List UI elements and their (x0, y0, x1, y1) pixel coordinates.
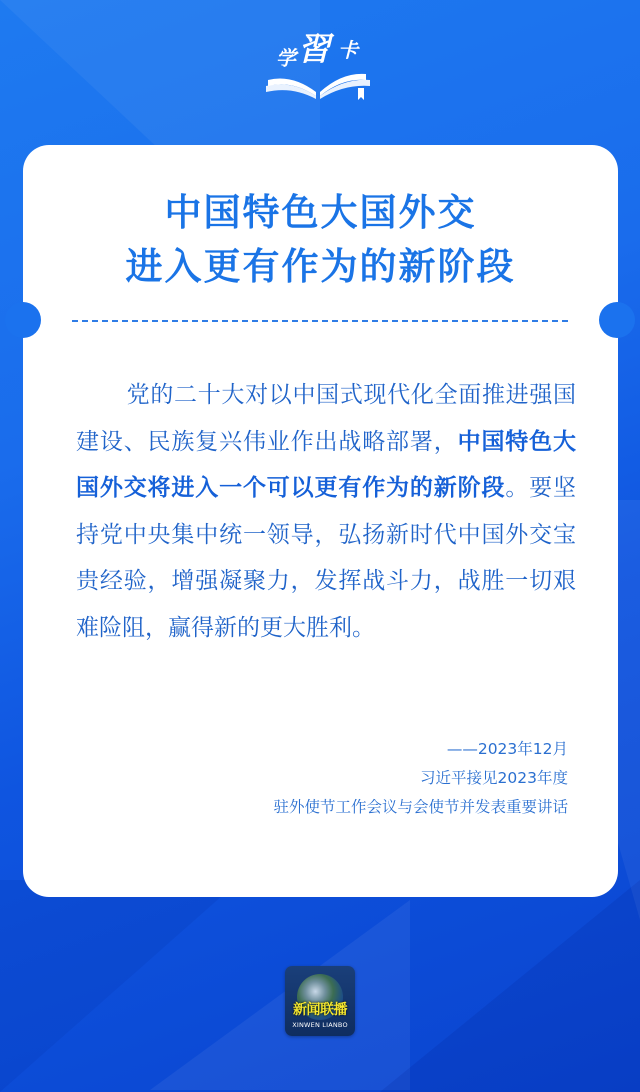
badge-name-cn: 新闻联播 (285, 1002, 355, 1018)
quote-body: 党的二十大对以中国式现代化全面推进强国建设、民族复兴伟业作出战略部署，中国特色大… (76, 372, 576, 651)
background-facet (380, 880, 640, 1092)
logo-char: 習 (298, 24, 330, 70)
quote-source: ——2023年12月 习近平接见2023年度 驻外使节工作会议与会使节并发表重要… (273, 735, 568, 822)
card-title: 中国特色大国外交 进入更有作为的新阶段 (23, 186, 618, 294)
background-facet (150, 900, 410, 1090)
title-line: 进入更有作为的新阶段 (23, 240, 618, 294)
xinwen-lianbo-badge: 新闻联播 XINWEN LIANBO (285, 966, 355, 1036)
source-line: 习近平接见2023年度 (273, 764, 568, 793)
dashed-divider (72, 320, 568, 322)
open-book-icon (262, 66, 378, 102)
source-line: ——2023年12月 (273, 735, 568, 764)
badge-name-en: XINWEN LIANBO (285, 1021, 355, 1029)
logo-char: 卡 (338, 34, 358, 63)
card-notch-right (599, 302, 635, 338)
study-card-logo: 学 習 卡 (262, 18, 378, 102)
source-line: 驻外使节工作会议与会使节并发表重要讲话 (273, 793, 568, 822)
background-facet (0, 880, 240, 1092)
title-line: 中国特色大国外交 (23, 186, 618, 240)
card-notch-left (5, 302, 41, 338)
